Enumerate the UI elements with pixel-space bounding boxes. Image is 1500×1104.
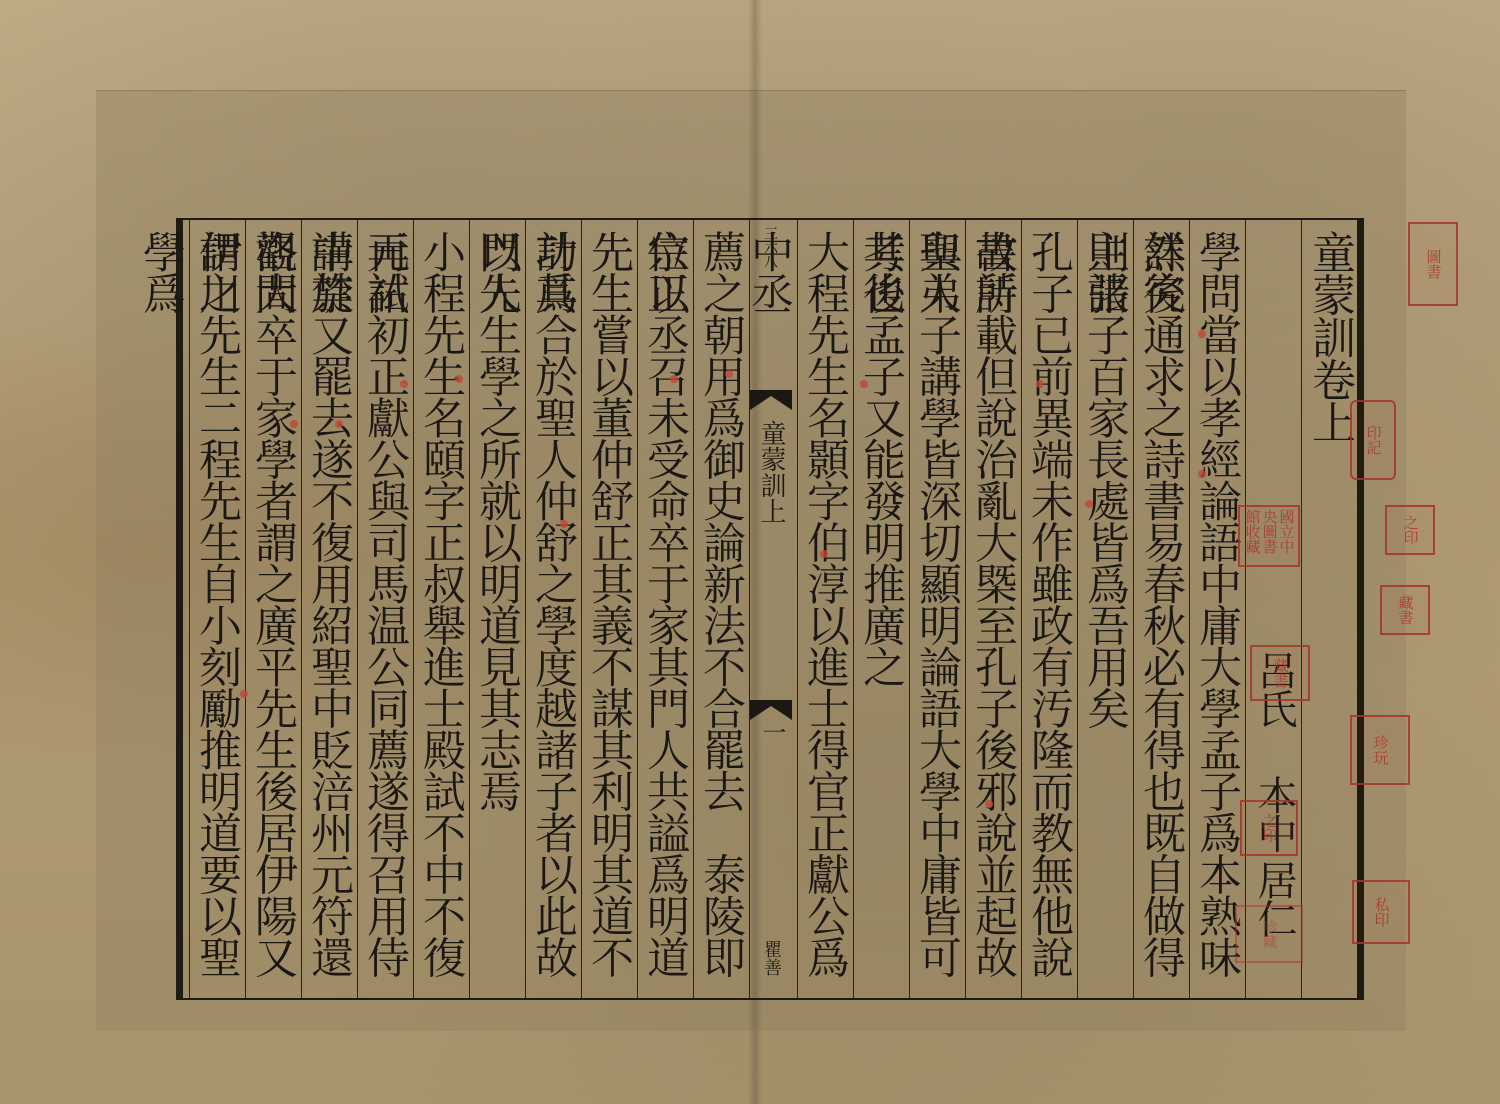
fishtail-upper-icon xyxy=(750,390,792,410)
text-column: 與弟子講學皆深切顯明論語大學中庸皆可考也 xyxy=(909,220,965,998)
page-number: 一 xyxy=(758,720,786,744)
text-column: 小程先生名頤字正叔舉進士殿試不中不復再試 xyxy=(413,220,469,998)
punctuation-dot xyxy=(725,370,733,378)
text-column: 宗正丞召未受命卒于家其門人共謚爲明道先生 xyxy=(637,220,693,998)
punctuation-dot xyxy=(1036,380,1044,388)
right-page: 童蒙訓卷上 呂氏 本中 居仁 學問當以孝經論語中庸大學孟子爲本熟味詳究 然後通求… xyxy=(751,220,1357,998)
text-column: 學問當以孝經論語中庸大學孟子爲本熟味詳究 xyxy=(1189,220,1245,998)
punctuation-dot xyxy=(1198,330,1206,338)
text-column: 然後通求之詩書易春秋必有得也既自做得主張 xyxy=(1133,220,1189,998)
text-column: 元祐初正獻公與司馬温公同薦遂得召用侍講禁 xyxy=(357,220,413,998)
fishtail-lower-icon xyxy=(750,700,792,720)
punctuation-dot xyxy=(985,800,993,808)
text-column: 功爲合於聖人仲舒之學度越諸子者以此故門人 xyxy=(525,220,581,998)
volume-title: 童蒙訓卷上 xyxy=(1301,220,1357,998)
punctuation-dot xyxy=(670,375,678,383)
punctuation-dot xyxy=(560,520,568,528)
punctuation-dot xyxy=(400,380,408,388)
punctuation-dot xyxy=(290,420,298,428)
seal-stamp: 之印 xyxy=(1385,505,1435,555)
banxin-center-column: 三六八 童蒙訓上 一 瞿善 xyxy=(749,220,791,998)
text-column: 大程先生名顥字伯淳以進士得官正獻公爲中丞 xyxy=(797,220,853,998)
punctuation-dot xyxy=(820,550,828,558)
left-page: 薦之朝用爲御史論新法不合罷去 泰陵即位以 宗正丞召未受命卒于家其門人共謚爲明道先… xyxy=(183,220,749,998)
seal-stamp: 私印 xyxy=(1352,880,1410,944)
seal-stamp: 藏書 xyxy=(1380,585,1430,635)
text-column: 則諸子百家長處皆爲吾用矣 xyxy=(1077,220,1133,998)
seal-stamp: 藏書 xyxy=(1250,645,1310,701)
punctuation-dot xyxy=(1198,470,1206,478)
seal-stamp: 國立中央圖書館收藏 xyxy=(1238,505,1300,567)
seal-stamp: 珍玩 xyxy=(1350,715,1410,785)
text-column: 書所載但說治亂大槩至孔子後邪說並起故聖人 xyxy=(965,220,1021,998)
printed-frame: 童蒙訓卷上 呂氏 本中 居仁 學問當以孝經論語中庸大學孟子爲本熟味詳究 然後通求… xyxy=(176,218,1364,1000)
text-column: 以先生學之所就以明道見其志焉 xyxy=(469,220,525,998)
seal-stamp: 印記 xyxy=(1350,400,1396,480)
punctuation-dot xyxy=(860,380,868,388)
text-column: 觀間卒于家學者謂之廣平先生後居伊陽又謂之 xyxy=(245,220,301,998)
author-line: 呂氏 本中 居仁 xyxy=(1245,220,1301,998)
leaf-number: 三六八 xyxy=(758,226,782,268)
text-column: 孔子已前異端未作雖政有汚隆而教無他說故詩 xyxy=(1021,220,1077,998)
punctuation-dot xyxy=(1085,500,1093,508)
text-column: 伊川先生二程先生自小刻勵推明道要以聖學爲 xyxy=(189,220,245,998)
seal-stamp: 珍藏 xyxy=(1235,905,1303,963)
seal-stamp: 之印 xyxy=(1240,800,1298,856)
seal-stamp: 圖書 xyxy=(1408,222,1458,306)
carver-name: 瞿善 xyxy=(760,940,782,976)
punctuation-dot xyxy=(240,690,248,698)
text-column: 其後孟子又能發明推廣之 xyxy=(853,220,909,998)
text-column: 先生嘗以董仲舒正其義不謀其利明其道不計其 xyxy=(581,220,637,998)
punctuation-dot xyxy=(455,375,463,383)
punctuation-dot xyxy=(335,420,343,428)
text-column: 薦之朝用爲御史論新法不合罷去 泰陵即位以 xyxy=(693,220,749,998)
text-column: 中旋又罷去遂不復用紹聖中貶涪州元符還洛大 xyxy=(301,220,357,998)
running-title: 童蒙訓上 xyxy=(756,420,786,524)
